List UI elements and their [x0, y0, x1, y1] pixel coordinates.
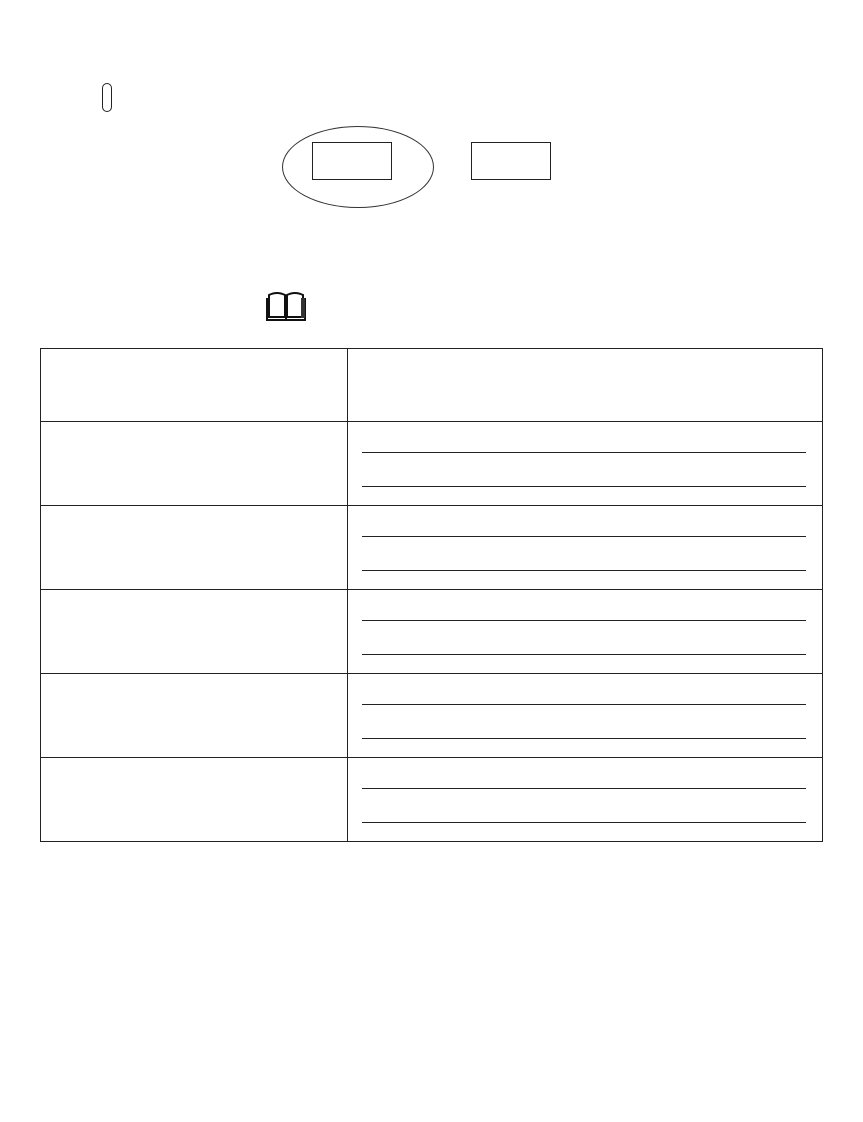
task-text-line2: [96, 86, 122, 110]
answer-line: [362, 788, 806, 789]
definition-cell[interactable]: [348, 506, 823, 590]
word-cell: [41, 590, 348, 674]
word-cell: [41, 506, 348, 590]
vocabulary-table: [40, 348, 823, 842]
answer-line: [362, 738, 806, 739]
option-yes[interactable]: [312, 142, 392, 180]
answer-line: [362, 704, 806, 705]
header-new-word: [41, 349, 348, 422]
definition-cell[interactable]: [348, 674, 823, 758]
circled-instruction: [102, 83, 112, 112]
table-row: [41, 590, 823, 674]
table-header-row: [41, 349, 823, 422]
answer-line: [362, 452, 806, 453]
table-row: [41, 758, 823, 842]
word-cell: [41, 674, 348, 758]
answer-line: [362, 620, 806, 621]
option-no[interactable]: [471, 142, 551, 180]
table-row: [41, 506, 823, 590]
answer-line: [362, 654, 806, 655]
answer-line: [362, 536, 806, 537]
open-book-icon: [266, 290, 306, 322]
answer-line: [362, 486, 806, 487]
definition-cell[interactable]: [348, 422, 823, 506]
table-row: [41, 674, 823, 758]
definition-cell[interactable]: [348, 758, 823, 842]
word-cell: [41, 758, 348, 842]
answer-line: [362, 822, 806, 823]
word-cell: [41, 422, 348, 506]
header-meaning: [348, 349, 823, 422]
definition-cell[interactable]: [348, 590, 823, 674]
table-row: [41, 422, 823, 506]
answer-line: [362, 570, 806, 571]
